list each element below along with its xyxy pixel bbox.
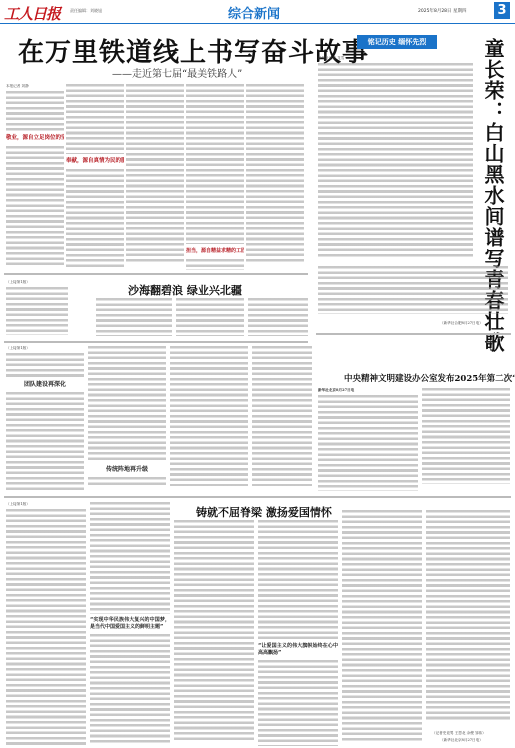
text-block: [258, 660, 338, 746]
lead-subhead-3: 担当，源自精益求精的工匠精神: [186, 247, 244, 256]
text-block: [252, 346, 312, 486]
bottom-column-4: “让爱国主义的伟大旗帜始终在心中高高飘扬”: [258, 520, 338, 746]
bottom-story-headline: 铸就不屈脊梁 激扬爱国情怀: [196, 504, 332, 520]
text-block: [246, 84, 304, 264]
section-divider: [316, 333, 511, 335]
lead-column-5: [246, 84, 304, 270]
text-block: [126, 84, 184, 264]
page-number-badge: 3: [494, 2, 510, 19]
lower-left-column-3: [170, 346, 248, 492]
text-block: [66, 169, 124, 269]
newspaper-logo: 工人日报: [4, 3, 60, 24]
text-block: [6, 509, 86, 745]
mid-story-headline: 沙海翻碧浪 绿业兴北疆: [128, 282, 242, 298]
good-people-dateline: 新华社北京8月27日电: [318, 388, 418, 393]
lead-headline: 在万里铁道线上书写奋斗故事: [18, 32, 369, 69]
lead-subhead-2: 奉献，源自真情为民的服务本色: [66, 157, 124, 166]
bottom-credit-authors: （记者史竞男 王思北 余俊 邹伟）: [432, 731, 486, 736]
text-block: [342, 510, 422, 742]
text-block: [318, 266, 508, 314]
feature-byline: 新华社记者 龙雪: [318, 56, 473, 61]
text-block: [66, 84, 124, 154]
lead-subheadline: ——走近第七届“最美铁路人”: [112, 65, 242, 80]
lower-left-column-2: 传统阵地再升级: [88, 346, 166, 492]
good-people-column-2: [422, 388, 510, 488]
lead-column-2: 奉献，源自真情为民的服务本色: [66, 84, 124, 270]
bottom-column-2: “实现中华民族伟大复兴的中国梦，是当代中国爱国主义的鲜明主题”: [90, 502, 170, 746]
text-block: [6, 146, 64, 266]
lower-lead-in: （上接第1版）: [6, 346, 84, 351]
text-block: [422, 388, 510, 484]
lower-left-column-1: （上接第1版） 团队建设再深化: [6, 346, 84, 492]
text-block: [90, 634, 170, 744]
lead-byline: 本报记者 刘静: [6, 84, 64, 89]
text-block: [90, 502, 170, 614]
section-divider: [4, 273, 308, 275]
issue-date: 2025年8月28日 星期四: [418, 8, 466, 14]
text-block: [88, 346, 166, 462]
bottom-credit-dateline: （新华社北京8月27日电）: [440, 738, 483, 743]
bottom-subhead-1: “实现中华民族伟大复兴的中国梦，是当代中国爱国主义的鲜明主题”: [90, 617, 170, 631]
text-block: [6, 91, 64, 131]
text-block: [96, 298, 172, 336]
text-block: [258, 520, 338, 640]
bottom-subhead-2: “让爱国主义的伟大旗帜始终在心中高高飘扬”: [258, 643, 338, 657]
column-tag: 铭记历史 缅怀先烈: [357, 35, 437, 49]
feature-body-bottom: [318, 266, 508, 326]
text-block: [186, 84, 244, 244]
masthead: 工人日报 责任编辑：刘晓旭 综合新闻 2025年8月28日 星期四 3: [0, 0, 515, 24]
lead-column-1: 本报记者 刘静 敬业，源自立足岗位的坚守奉献: [6, 84, 64, 270]
lead-column-3: [126, 84, 184, 270]
text-block: [6, 392, 84, 492]
good-people-headline: 中央精神文明建设办公室发布2025年第二次“中国好人榜”: [344, 372, 515, 384]
section-divider: [4, 496, 511, 498]
lower-subhead-2: 传统阵地再升级: [88, 465, 166, 474]
text-block: [426, 510, 510, 722]
bottom-column-3: [174, 520, 254, 746]
text-block: [6, 287, 68, 335]
text-block: [248, 298, 308, 336]
lead-column-4: 担当，源自精益求精的工匠精神: [186, 84, 244, 270]
mid-column-1: （上接第1版）: [6, 280, 68, 336]
text-block: [318, 63, 473, 259]
section-divider: [4, 341, 308, 343]
feature-body: 新华社记者 龙雪: [318, 56, 473, 266]
mid-column-2: [96, 298, 172, 338]
text-block: [6, 353, 84, 377]
mid-lead-in: （上接第1版）: [6, 280, 68, 285]
lower-subhead-1: 团队建设再深化: [6, 380, 84, 389]
text-block: [176, 298, 244, 336]
mid-column-3: [176, 298, 244, 338]
bottom-column-1: （上接第1版）: [6, 502, 86, 746]
section-title: 综合新闻: [228, 3, 280, 22]
bottom-lead-in: （上接第1版）: [6, 502, 86, 507]
mid-column-4: [248, 298, 308, 338]
lower-left-column-4: [252, 346, 312, 492]
bottom-column-5: [342, 510, 422, 746]
text-block: [170, 346, 248, 486]
masthead-divider: [0, 23, 515, 24]
good-people-column-1: 新华社北京8月27日电: [318, 388, 418, 492]
lead-subhead-1: 敬业，源自立足岗位的坚守奉献: [6, 134, 64, 143]
text-block: [186, 259, 244, 270]
editor-credit: 责任编辑：刘晓旭: [70, 8, 102, 14]
text-block: [318, 395, 418, 491]
feature-credit: （新华社合肥8月27日电）: [440, 321, 483, 326]
bottom-column-6: [426, 510, 510, 726]
text-block: [174, 520, 254, 742]
text-block: [88, 477, 166, 487]
